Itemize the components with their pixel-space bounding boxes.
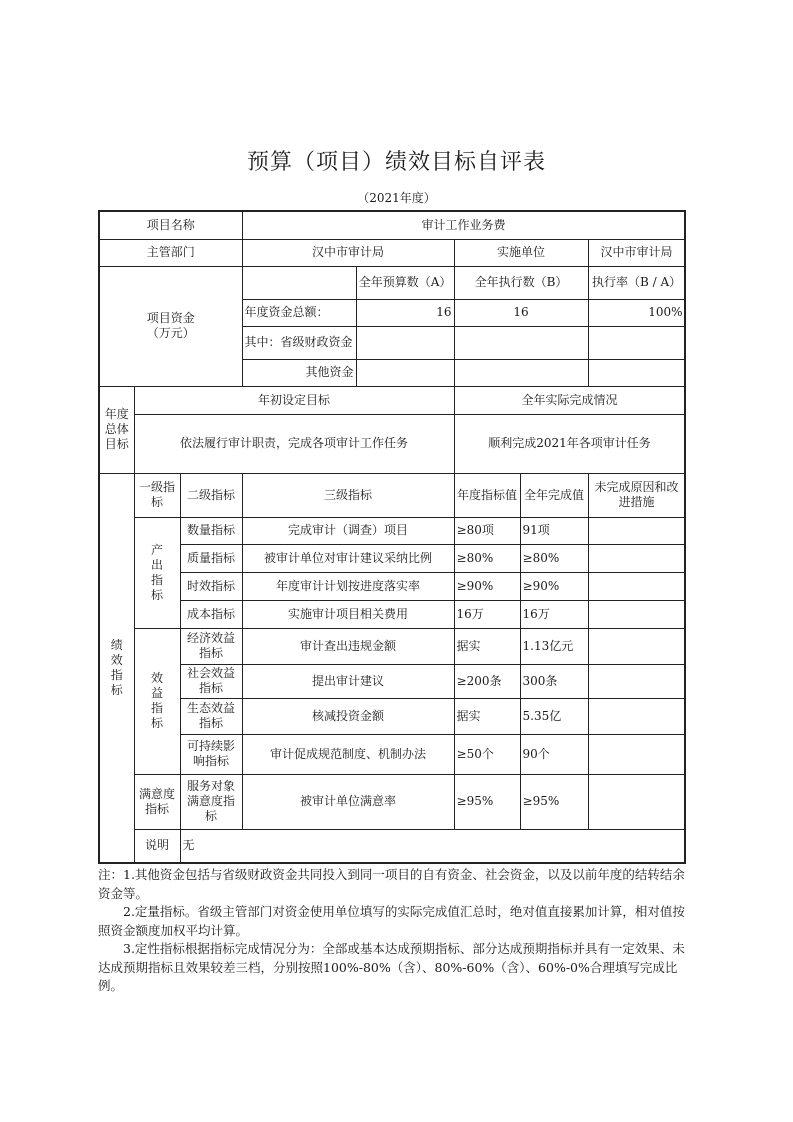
header-level2: 二级指标	[180, 473, 242, 517]
level3: 年度审计计划按进度落实率	[242, 572, 454, 600]
indicator-row: 效益指标 经济效益指标 审计查出违规金额 据实 1.13亿元	[99, 628, 685, 664]
indicator-row: 满意度指标 服务对象满意度指标 被审计单位满意率 ≥95% ≥95%	[99, 774, 685, 829]
funds-row-executed	[454, 326, 588, 359]
funds-row-executed: 16	[454, 299, 588, 326]
header-actual: 全年完成值	[520, 473, 588, 517]
impl-value: 汉中市审计局	[588, 239, 685, 266]
document-year: （2021年度）	[0, 189, 793, 206]
funds-header-executed: 全年执行数（B）	[454, 266, 588, 299]
target: 16万	[454, 600, 520, 628]
actual: 5.35亿	[520, 698, 588, 734]
funds-row-rate: 100%	[588, 299, 685, 326]
funds-row-budget: 16	[356, 299, 454, 326]
remarks-label: 说明	[134, 829, 180, 863]
level2: 社会效益指标	[180, 664, 242, 698]
level2: 服务对象满意度指标	[180, 774, 242, 829]
target: ≥80%	[454, 544, 520, 572]
reason	[588, 517, 685, 544]
header-level1: 一级指标	[134, 473, 180, 517]
funds-row-budget	[356, 359, 454, 386]
row-remarks: 说明 无	[99, 829, 685, 863]
header-level3: 三级指标	[242, 473, 454, 517]
funds-row-rate	[588, 359, 685, 386]
level3: 核减投资金额	[242, 698, 454, 734]
funds-row-label: 其中：省级财政资金	[242, 326, 356, 359]
funds-row-rate	[588, 326, 685, 359]
reason	[588, 664, 685, 698]
row-department: 主管部门 汉中市审计局 实施单位 汉中市审计局	[99, 239, 685, 266]
level3: 完成审计（调查）项目	[242, 517, 454, 544]
target: ≥90%	[454, 572, 520, 600]
level2: 时效指标	[180, 572, 242, 600]
level3: 被审计单位满意率	[242, 774, 454, 829]
actual: 90个	[520, 734, 588, 774]
reason	[588, 600, 685, 628]
reason	[588, 572, 685, 600]
note-2: 2.定量指标。省级主管部门对资金使用单位填写的实际完成值汇总时，绝对值直接累加计…	[98, 903, 688, 940]
indicator-row: 社会效益指标 提出审计建议 ≥200条 300条	[99, 664, 685, 698]
actual: 300条	[520, 664, 588, 698]
level3: 实施审计项目相关费用	[242, 600, 454, 628]
funds-row-executed	[454, 359, 588, 386]
target: 据实	[454, 698, 520, 734]
actual: 1.13亿元	[520, 628, 588, 664]
indicator-row: 时效指标 年度审计计划按进度落实率 ≥90% ≥90%	[99, 572, 685, 600]
indicator-row: 可持续影响指标 审计促成规范制度、机制办法 ≥50个 90个	[99, 734, 685, 774]
dept-value: 汉中市审计局	[242, 239, 454, 266]
goals-actual-value: 顺利完成2021年各项审计任务	[454, 414, 685, 473]
reason	[588, 628, 685, 664]
indicator-row: 生态效益指标 核减投资金额 据实 5.35亿	[99, 698, 685, 734]
level1-satisfaction: 满意度指标	[134, 774, 180, 829]
target: ≥50个	[454, 734, 520, 774]
project-name-label: 项目名称	[99, 211, 242, 239]
actual: 91项	[520, 517, 588, 544]
level3: 提出审计建议	[242, 664, 454, 698]
funds-header-blank	[242, 266, 356, 299]
indicator-row: 质量指标 被审计单位对审计建议采纳比例 ≥80% ≥80%	[99, 544, 685, 572]
row-indicators-header: 绩效指标 一级指标 二级指标 三级指标 年度指标值 全年完成值 未完成原因和改进…	[99, 473, 685, 517]
goals-actual-header: 全年实际完成情况	[454, 386, 685, 414]
reason	[588, 544, 685, 572]
notes-section: 注：1.其他资金包括与省级财政资金共同投入到同一项目的自有资金、社会资金，以及以…	[98, 866, 688, 996]
funds-header-budget: 全年预算数（A）	[356, 266, 454, 299]
target: ≥200条	[454, 664, 520, 698]
row-funds-header: 项目资金 （万元） 全年预算数（A） 全年执行数（B） 执行率（B / A）	[99, 266, 685, 299]
funds-row-label: 其他资金	[242, 359, 356, 386]
funds-label: 项目资金 （万元）	[99, 266, 242, 386]
target: 据实	[454, 628, 520, 664]
funds-label-line2: （万元）	[102, 326, 240, 341]
target: ≥80项	[454, 517, 520, 544]
level2: 可持续影响指标	[180, 734, 242, 774]
level2: 成本指标	[180, 600, 242, 628]
goals-set-value: 依法履行审计职责，完成各项审计工作任务	[134, 414, 454, 473]
impl-label: 实施单位	[454, 239, 588, 266]
remarks-value: 无	[180, 829, 685, 863]
level3: 审计促成规范制度、机制办法	[242, 734, 454, 774]
row-goals-values: 依法履行审计职责，完成各项审计工作任务 顺利完成2021年各项审计任务	[99, 414, 685, 473]
actual: ≥90%	[520, 572, 588, 600]
actual: ≥80%	[520, 544, 588, 572]
level1-benefit: 效益指标	[134, 628, 180, 774]
reason	[588, 698, 685, 734]
level2: 生态效益指标	[180, 698, 242, 734]
level2: 经济效益指标	[180, 628, 242, 664]
indicator-row: 产出指标 数量指标 完成审计（调查）项目 ≥80项 91项	[99, 517, 685, 544]
note-3: 3.定性指标根据指标完成情况分为：全部或基本达成预期指标、部分达成预期指标并具有…	[98, 940, 688, 996]
goals-label: 年度总体目标	[99, 386, 134, 473]
self-evaluation-table: 项目名称 审计工作业务费 主管部门 汉中市审计局 实施单位 汉中市审计局 项目资…	[98, 210, 686, 864]
level2: 数量指标	[180, 517, 242, 544]
actual: 16万	[520, 600, 588, 628]
funds-header-rate: 执行率（B / A）	[588, 266, 685, 299]
note-1: 注：1.其他资金包括与省级财政资金共同投入到同一项目的自有资金、社会资金，以及以…	[98, 866, 688, 903]
reason	[588, 734, 685, 774]
level1-output: 产出指标	[134, 517, 180, 628]
level3: 被审计单位对审计建议采纳比例	[242, 544, 454, 572]
funds-row-budget	[356, 326, 454, 359]
indicator-row: 成本指标 实施审计项目相关费用 16万 16万	[99, 600, 685, 628]
target: ≥95%	[454, 774, 520, 829]
indicators-label: 绩效指标	[99, 473, 134, 863]
dept-label: 主管部门	[99, 239, 242, 266]
funds-row-label: 年度资金总额：	[242, 299, 356, 326]
reason	[588, 774, 685, 829]
row-goals-header: 年度总体目标 年初设定目标 全年实际完成情况	[99, 386, 685, 414]
goals-set-header: 年初设定目标	[134, 386, 454, 414]
level3: 审计查出违规金额	[242, 628, 454, 664]
actual: ≥95%	[520, 774, 588, 829]
header-target: 年度指标值	[454, 473, 520, 517]
document-title: 预算（项目）绩效目标自评表	[0, 145, 793, 176]
level2: 质量指标	[180, 544, 242, 572]
header-reason: 未完成原因和改进措施	[588, 473, 685, 517]
row-project-name: 项目名称 审计工作业务费	[99, 211, 685, 239]
funds-label-line1: 项目资金	[102, 311, 240, 326]
project-name-value: 审计工作业务费	[242, 211, 685, 239]
